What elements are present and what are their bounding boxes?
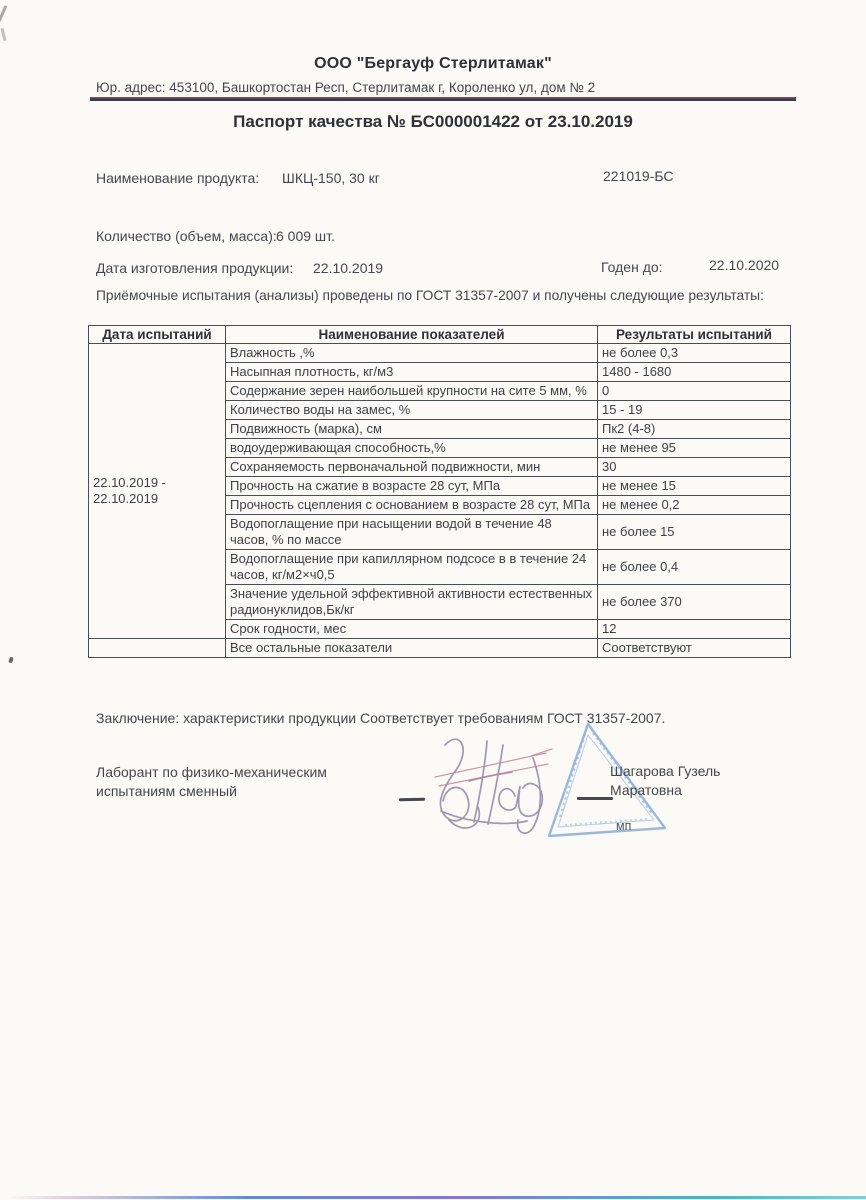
result-cell: Пк2 (4-8)	[598, 420, 791, 439]
product-name-label: Наименование продукта:	[96, 170, 259, 187]
test-results-table: Дата испытаний Наименование показателей …	[88, 325, 791, 658]
quantity-value: 6 009 шт.	[276, 228, 335, 245]
parameter-cell: Сохраняемость первоначальной подвижности…	[226, 458, 598, 477]
valid-until-value: 22.10.2020	[709, 257, 779, 274]
company-name: ООО "Бергауф Стерлитамак"	[0, 55, 866, 72]
parameter-cell: Насыпная плотность, кг/м3	[226, 363, 598, 382]
scanned-quality-passport: ООО "Бергауф Стерлитамак" Юр. адрес: 453…	[0, 0, 866, 1200]
scan-artifact-corner-1	[0, 5, 7, 22]
parameter-cell: Прочность на сжатие в возрасте 28 сут, М…	[226, 477, 598, 496]
parameter-cell: Срок годности, мес	[226, 620, 598, 639]
result-cell: не более 370	[598, 585, 791, 620]
header-divider	[90, 97, 796, 101]
scan-artifact-speck	[8, 657, 14, 664]
manufacture-date-value: 22.10.2019	[313, 260, 383, 277]
testing-note: Приёмочные испытания (анализы) проведены…	[96, 287, 764, 304]
parameter-cell: Все остальные показатели	[226, 639, 598, 658]
result-cell: Соответствуют	[598, 639, 791, 658]
result-cell: 30	[598, 458, 791, 477]
parameter-cell: Содержание зерен наибольшей крупности на…	[226, 382, 598, 401]
result-cell: 12	[598, 620, 791, 639]
result-cell: не менее 95	[598, 439, 791, 458]
parameter-cell: Значение удельной эффективной активности…	[226, 585, 598, 620]
signer-role: Лаборант по физико-механическим испытани…	[96, 763, 327, 801]
parameter-cell: Влажность ,%	[226, 344, 598, 363]
table-final-row: Все остальные показатели Соответствуют	[89, 639, 791, 658]
result-cell: 0	[598, 382, 791, 401]
scan-artifact-corner-2	[0, 28, 6, 41]
batch-code: 221019-БС	[603, 168, 674, 185]
parameter-cell: водоудерживающая способность,%	[226, 439, 598, 458]
quantity-label: Количество (объем, масса):	[96, 228, 277, 245]
scan-artifact-bottom-line	[8, 1196, 866, 1199]
empty-date-cell	[89, 639, 226, 658]
parameter-cell: Водопоглащение при насыщении водой в теч…	[226, 515, 598, 550]
header-parameter: Наименование показателей	[226, 326, 598, 344]
seal-place-label: мп	[616, 818, 631, 835]
parameter-cell: Водопоглащение при капиллярном подсосе в…	[226, 550, 598, 585]
parameter-cell: Подвижность (марка), см	[226, 420, 598, 439]
header-result: Результаты испытаний	[598, 326, 791, 344]
table-row: 22.10.2019 - 22.10.2019 Влажность ,% не …	[89, 344, 791, 363]
result-cell: не более 15	[598, 515, 791, 550]
manufacture-date-label: Дата изготовления продукции:	[96, 260, 293, 277]
result-cell: не более 0,4	[598, 550, 791, 585]
result-cell: 1480 - 1680	[598, 363, 791, 382]
result-cell: не менее 0,2	[598, 496, 791, 515]
test-dates-cell: 22.10.2019 - 22.10.2019	[89, 344, 226, 639]
result-cell: не менее 15	[598, 477, 791, 496]
result-cell: 15 - 19	[598, 401, 791, 420]
valid-until-label: Годен до:	[601, 259, 663, 276]
product-name-value: ШКЦ-150, 30 кг	[282, 170, 380, 187]
signer-role-line1: Лаборант по физико-механическим	[96, 763, 327, 782]
legal-address: Юр. адрес: 453100, Башкортостан Респ, Ст…	[96, 79, 595, 96]
document-title: Паспорт качества № БС000001422 от 23.10.…	[0, 113, 866, 130]
signer-name-line1: Шагарова Гузель	[610, 762, 720, 781]
signer-name-line2: Маратовна	[610, 781, 720, 800]
parameter-cell: Прочность сцепления с основанием в возра…	[226, 496, 598, 515]
signer-role-line2: испытаниям сменный	[96, 782, 327, 801]
result-cell: не более 0,3	[598, 344, 791, 363]
header-test-dates: Дата испытаний	[89, 326, 226, 344]
parameter-cell: Количество воды на замес, %	[226, 401, 598, 420]
table-header-row: Дата испытаний Наименование показателей …	[89, 326, 791, 344]
signer-name: Шагарова Гузель Маратовна	[610, 762, 720, 800]
